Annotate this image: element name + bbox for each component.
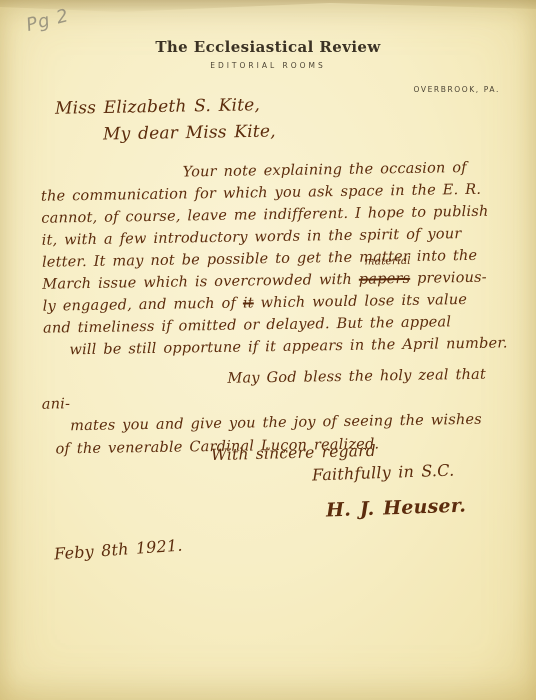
pencil-page-note: Pg 2 [24,5,71,36]
letter-line-text: previous- [410,270,487,287]
letter-line-text: March issue which is overcrowded with [42,272,359,293]
edited-word-group: papersmaterial [359,268,411,291]
letter-line-text: ly engaged, and much of [43,296,243,315]
letter-date: Feby 8th 1921. [53,536,183,564]
inserted-word: material [364,256,410,267]
scanned-letter-page: Pg 2 The Ecclesiastical Review EDITORIAL… [0,0,536,700]
letter-signature: H. J. Heuser. [326,495,467,522]
letter-salutation: My dear Miss Kite, [103,121,276,144]
letterhead-title: The Ecclesiastical Review [0,38,536,56]
letterhead-place: OVERBROOK, PA. [413,85,500,94]
letter-recipient: Miss Elizabeth S. Kite, [55,95,260,119]
letter-closing: With sincere regard [211,442,376,464]
letter-line-text: which would lose its value [254,292,468,311]
letter-paragraph-1: Your note explaining the occasion of the… [40,156,513,361]
letter-valediction: Faithfully in S.C. [312,461,455,485]
struck-word: it [243,295,254,311]
letter-line: May God bless the holy zeal that ani- [41,363,512,415]
letterhead-subtitle: EDITORIAL ROOMS [0,61,536,70]
struck-word: papers [359,271,411,288]
